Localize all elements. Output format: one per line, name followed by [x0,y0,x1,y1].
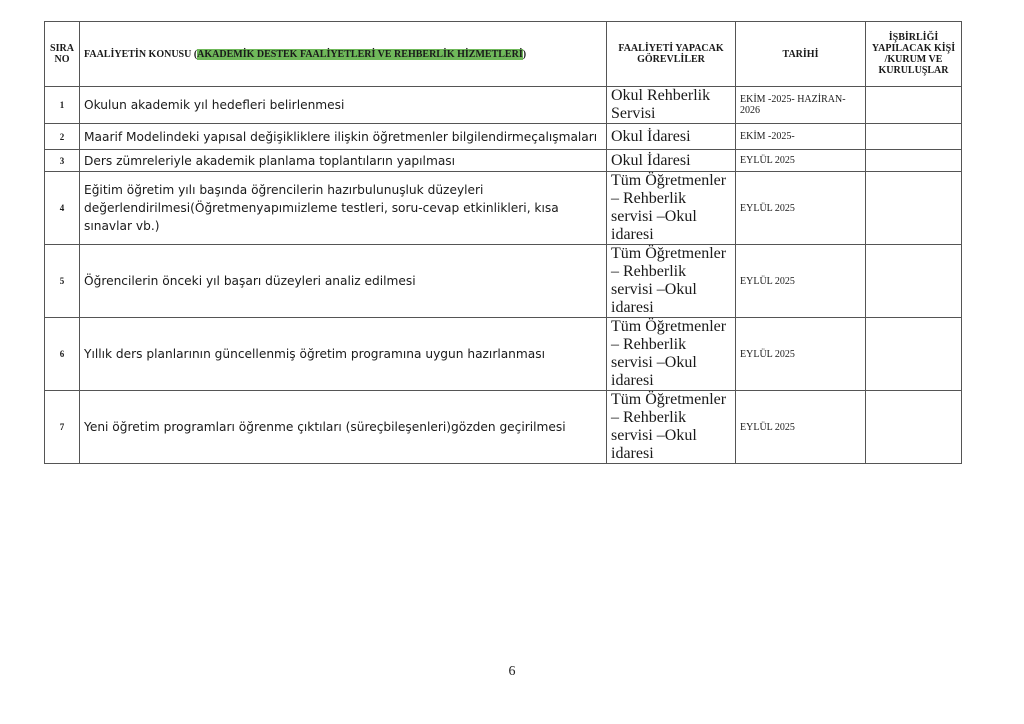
header-gorevliler: FAALİYETİ YAPACAK GÖREVLİLER [607,22,736,87]
activity-date: EYLÜL 2025 [736,391,866,464]
collaborators [866,87,962,124]
page-number: 6 [0,664,1024,680]
activity-topic: Okulun akademik yıl hedefleri belirlenme… [80,87,607,124]
header-tarih: TARİHİ [736,22,866,87]
activity-date: EYLÜL 2025 [736,318,866,391]
activity-topic: Ders zümreleriyle akademik planlama topl… [80,150,607,172]
collaborators [866,150,962,172]
responsible-staff: Okul İdaresi [607,124,736,150]
activity-date: EYLÜL 2025 [736,245,866,318]
responsible-staff: Tüm Öğretmenler – Rehberlik servisi –Oku… [607,172,736,245]
row-number: 1 [45,87,80,124]
activity-topic: Eğitim öğretim yılı başında öğrencilerin… [80,172,607,245]
row-number: 2 [45,124,80,150]
activity-plan-table: SIRA NO FAALİYETİN KONUSU (AKADEMİK DEST… [44,21,962,464]
table-row: 4Eğitim öğretim yılı başında öğrencileri… [45,172,962,245]
activity-date: EKİM -2025- HAZİRAN-2026 [736,87,866,124]
row-number: 5 [45,245,80,318]
activity-date: EYLÜL 2025 [736,150,866,172]
responsible-staff: Okul Rehberlik Servisi [607,87,736,124]
row-number: 6 [45,318,80,391]
row-number: 4 [45,172,80,245]
activity-date: EKİM -2025- [736,124,866,150]
row-number: 7 [45,391,80,464]
header-konu-prefix: FAALİYETİN KONUSU ( [84,49,197,60]
responsible-staff: Tüm Öğretmenler – Rehberlik servisi –Oku… [607,245,736,318]
table-row: 3Ders zümreleriyle akademik planlama top… [45,150,962,172]
collaborators [866,318,962,391]
activity-topic: Maarif Modelindeki yapısal değişiklikler… [80,124,607,150]
responsible-staff: Okul İdaresi [607,150,736,172]
row-number: 3 [45,150,80,172]
header-konu-highlight: AKADEMİK DESTEK FAALİYETLERİ VE REHBERLİ… [197,49,523,60]
collaborators [866,124,962,150]
header-konu: FAALİYETİN KONUSU (AKADEMİK DESTEK FAALİ… [80,22,607,87]
collaborators [866,172,962,245]
table-row: 1Okulun akademik yıl hedefleri belirlenm… [45,87,962,124]
activity-topic: Yeni öğretim programları öğrenme çıktıla… [80,391,607,464]
activity-topic: Öğrencilerin önceki yıl başarı düzeyleri… [80,245,607,318]
table-row: 7Yeni öğretim programları öğrenme çıktıl… [45,391,962,464]
responsible-staff: Tüm Öğretmenler – Rehberlik servisi –Oku… [607,391,736,464]
header-isbirligi: İŞBİRLİĞİ YAPILACAK KİŞİ /KURUM VE KURUL… [866,22,962,87]
collaborators [866,245,962,318]
activity-topic: Yıllık ders planlarının güncellenmiş öğr… [80,318,607,391]
table-row: 6Yıllık ders planlarının güncellenmiş öğ… [45,318,962,391]
activity-date: EYLÜL 2025 [736,172,866,245]
header-konu-suffix: ) [523,49,526,60]
document-page: SIRA NO FAALİYETİN KONUSU (AKADEMİK DEST… [0,0,1024,724]
collaborators [866,391,962,464]
table-row: 2Maarif Modelindeki yapısal değişiklikle… [45,124,962,150]
responsible-staff: Tüm Öğretmenler – Rehberlik servisi –Oku… [607,318,736,391]
table-row: 5Öğrencilerin önceki yıl başarı düzeyler… [45,245,962,318]
table-header-row: SIRA NO FAALİYETİN KONUSU (AKADEMİK DEST… [45,22,962,87]
header-sira-no: SIRA NO [45,22,80,87]
